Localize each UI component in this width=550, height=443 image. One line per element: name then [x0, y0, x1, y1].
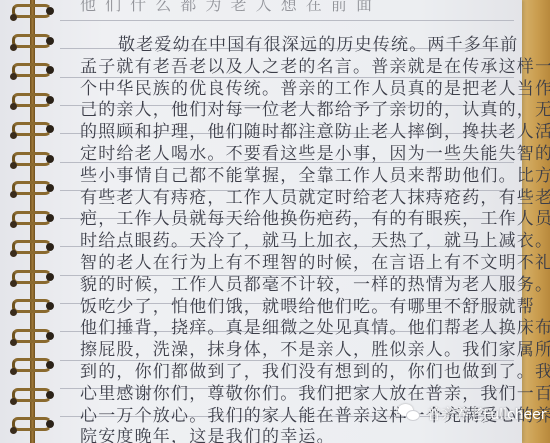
- wechat-icon: [398, 404, 422, 424]
- rule-line: [60, 20, 514, 21]
- watermark-text: 普亲养老Fullcheer: [427, 404, 547, 424]
- cut-off-line: 他 们 什 么 都 为 老 人 想 在 前 面: [80, 0, 374, 15]
- punch-hole: [46, 361, 54, 369]
- spiral-binding: [0, 0, 60, 443]
- coil-end: [10, 368, 17, 375]
- coil-end: [10, 250, 17, 257]
- punch-hole: [46, 391, 54, 399]
- punch-hole: [46, 273, 54, 281]
- coil-end: [10, 309, 17, 316]
- coil-end: [10, 398, 17, 405]
- watermark: 普亲养老Fullcheer: [398, 404, 547, 424]
- coil-end: [10, 162, 17, 169]
- coil-end: [10, 14, 17, 21]
- punch-hole: [46, 125, 54, 133]
- punch-hole: [46, 302, 54, 310]
- punch-hole: [46, 7, 54, 15]
- coil-end: [10, 427, 17, 434]
- text-line: 院安度晚年，这是我们的幸运。: [80, 422, 335, 443]
- punch-hole: [46, 155, 54, 163]
- punch-hole: [46, 243, 54, 251]
- coil-end: [10, 44, 17, 51]
- punch-hole: [46, 214, 54, 222]
- coil-end: [10, 73, 17, 80]
- coil-end: [10, 221, 17, 228]
- punch-hole: [46, 96, 54, 104]
- coil-end: [10, 191, 17, 198]
- coil-end: [10, 103, 17, 110]
- coil-end: [10, 132, 17, 139]
- punch-hole: [46, 66, 54, 74]
- notebook-page: 他 们 什 么 都 为 老 人 想 在 前 面 敬老爱幼在中国有很深远的历史传统…: [0, 0, 522, 443]
- coil-end: [10, 280, 17, 287]
- punch-hole: [46, 332, 54, 340]
- coil-end: [10, 339, 17, 346]
- punch-hole: [46, 420, 54, 428]
- punch-hole: [46, 37, 54, 45]
- punch-hole: [46, 184, 54, 192]
